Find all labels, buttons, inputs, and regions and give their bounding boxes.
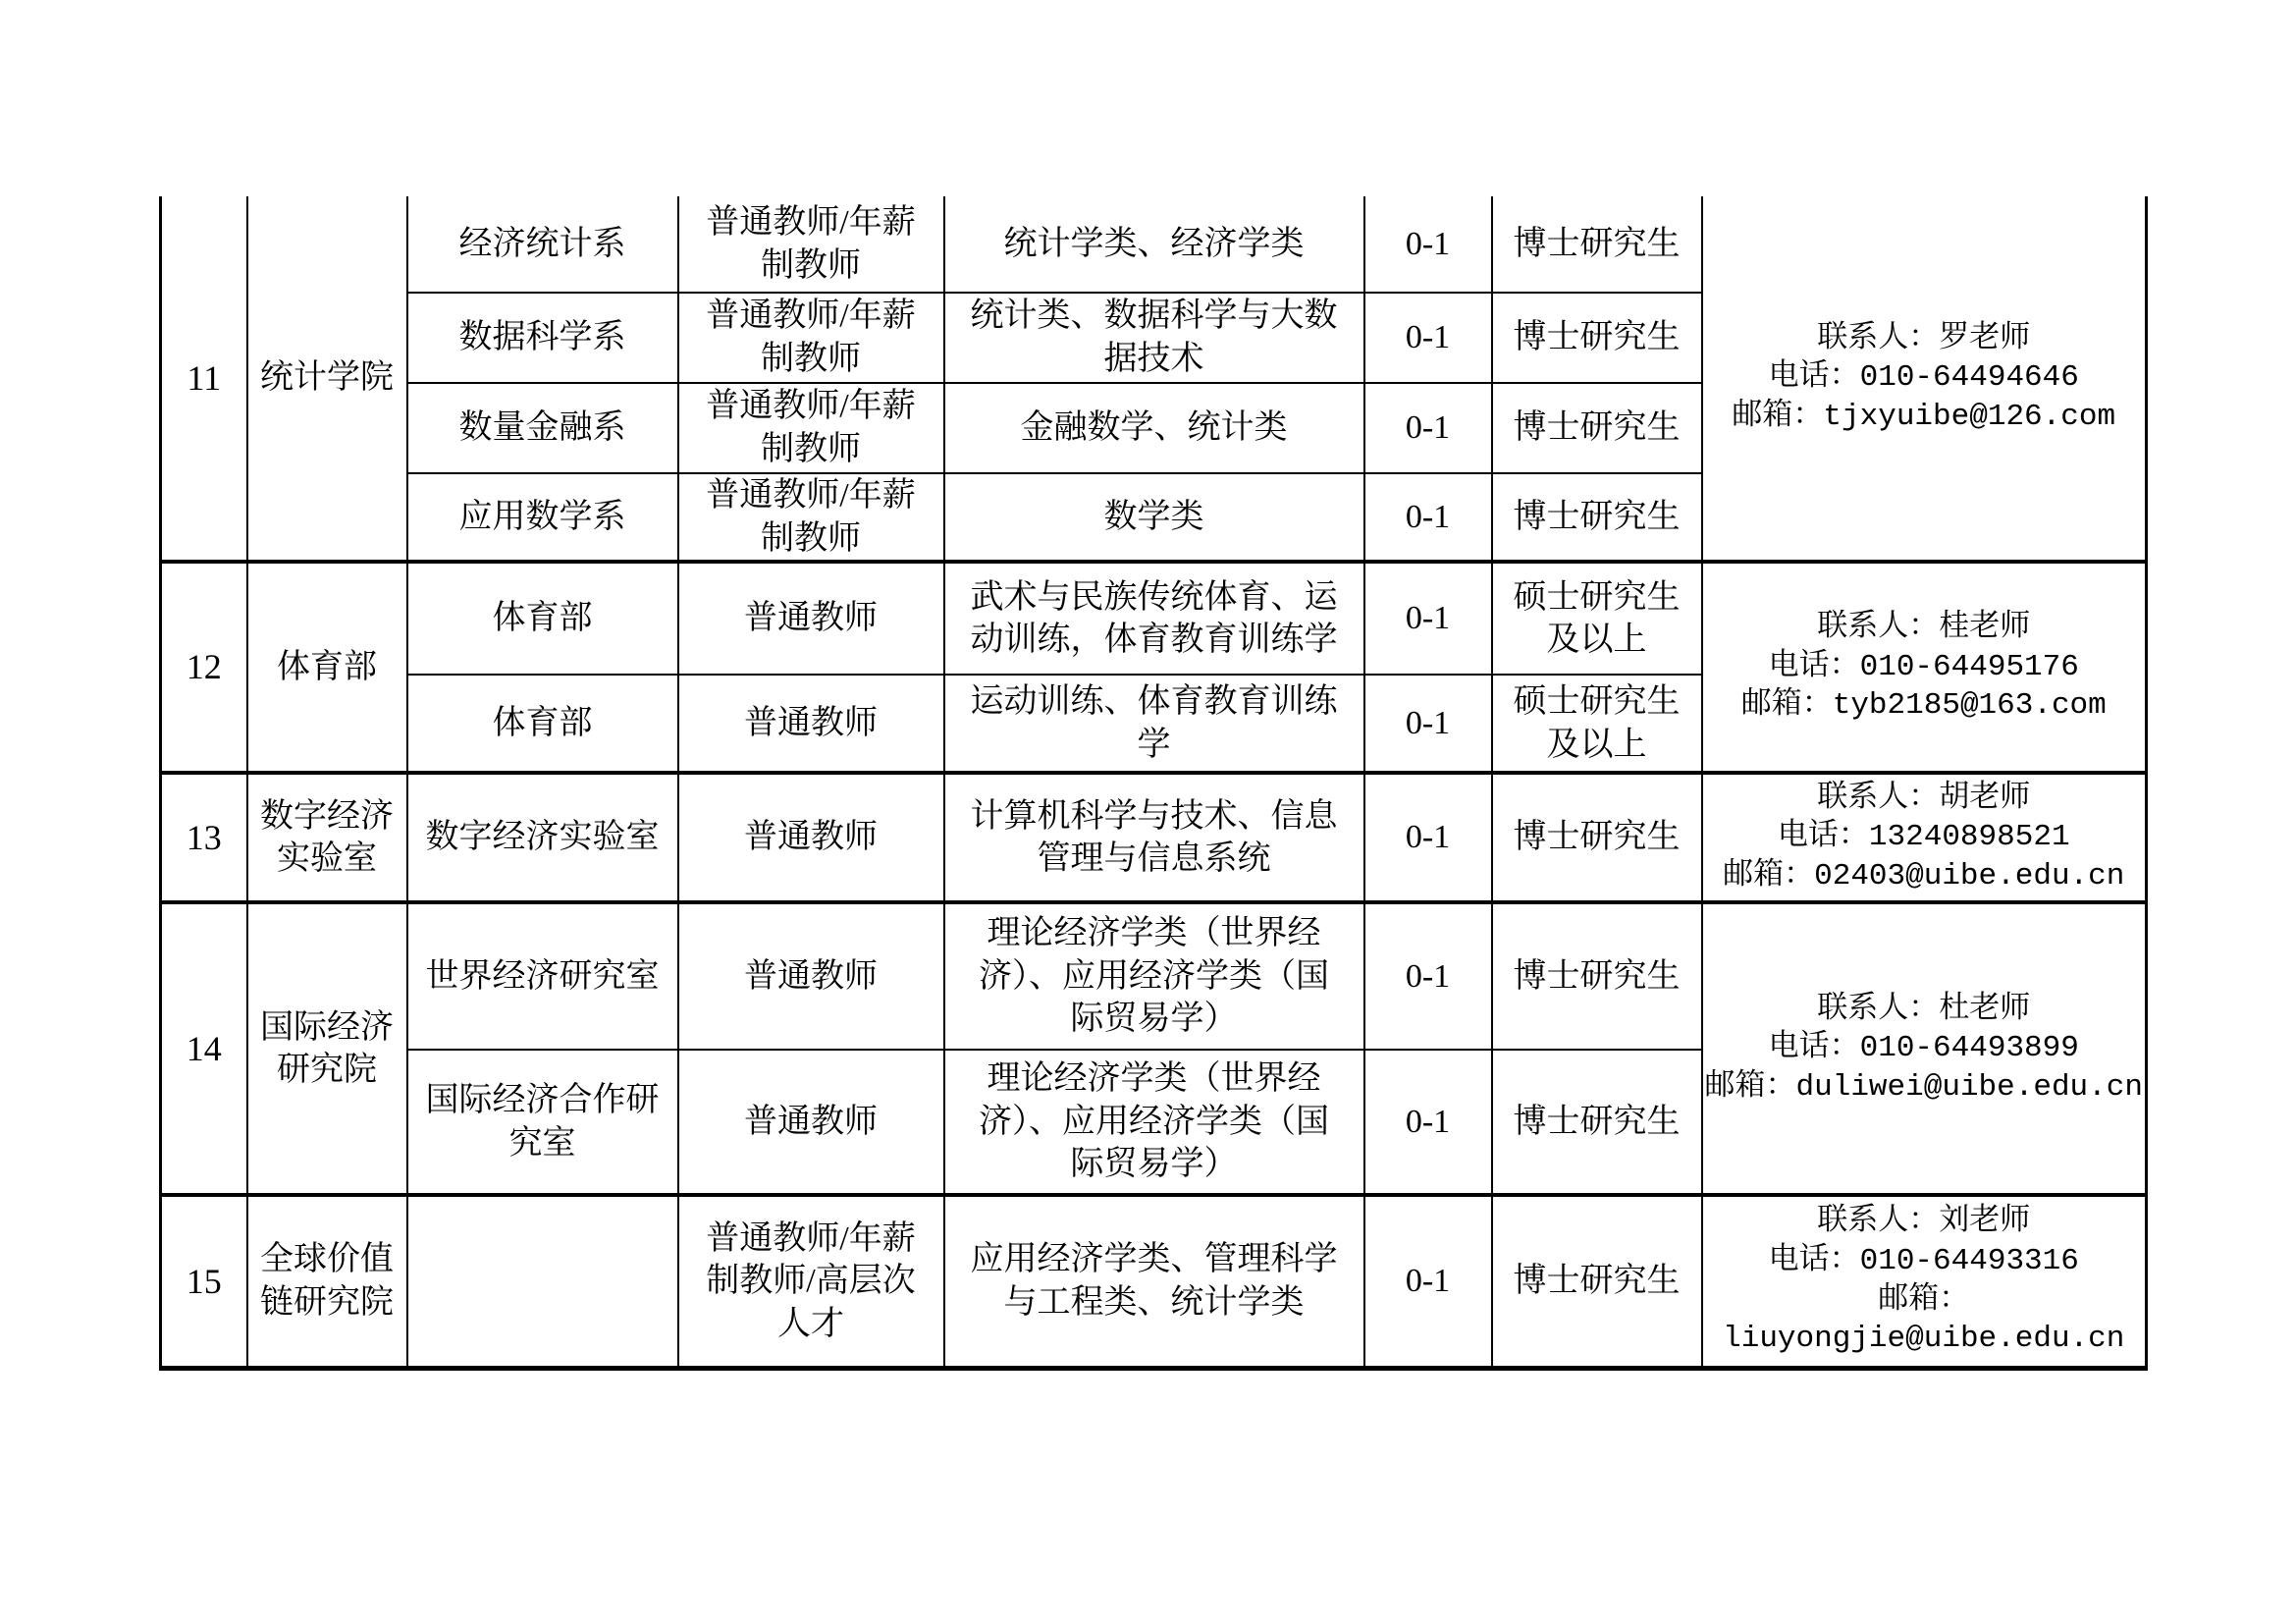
table-row: 13 数字经济 实验室 数字经济实验室 普通教师 计算机科学与技术、信息 管理与… [161,773,2147,902]
cell-degree: 博士研究生 [1492,383,1702,473]
cell-major: 运动训练、体育教育训练 学 [944,675,1364,773]
cell-dept: 数字经济 实验室 [247,773,407,902]
cell-section: 世界经济研究室 [407,902,678,1050]
cell-degree: 博士研究生 [1492,196,1702,293]
cell-group-no: 13 [161,773,247,902]
cell-major: 理论经济学类（世界经 济）、应用经济学类（国 际贸易学） [944,902,1364,1050]
table-row: 14 国际经济 研究院 世界经济研究室 普通教师 理论经济学类（世界经 济）、应… [161,902,2147,1050]
cell-degree: 硕士研究生 及以上 [1492,562,1702,675]
cell-degree: 博士研究生 [1492,902,1702,1050]
cell-contact: 联系人：刘老师 电话：010-64493316 邮箱： liuyongjie@u… [1702,1195,2147,1368]
cell-section: 应用数学系 [407,473,678,562]
cell-dept: 统计学院 [247,196,407,562]
cell-section [407,1195,678,1368]
document-page: 11 统计学院 经济统计系 普通教师/年薪 制教师 统计学类、经济学类 0-1 … [0,0,2296,1624]
cell-section: 数据科学系 [407,293,678,383]
cell-major: 理论经济学类（世界经 济）、应用经济学类（国 际贸易学） [944,1050,1364,1195]
cell-major: 数学类 [944,473,1364,562]
cell-count: 0-1 [1364,293,1492,383]
cell-count: 0-1 [1364,196,1492,293]
cell-contact: 联系人：罗老师 电话：010-64494646 邮箱：tjxyuibe@126.… [1702,196,2147,562]
cell-degree: 博士研究生 [1492,473,1702,562]
cell-major: 应用经济学类、管理科学 与工程类、统计学类 [944,1195,1364,1368]
cell-degree: 博士研究生 [1492,1050,1702,1195]
cell-group-no: 12 [161,562,247,773]
cell-position: 普通教师 [678,902,944,1050]
cell-contact: 联系人：杜老师 电话：010-64493899 邮箱：duliwei@uibe.… [1702,902,2147,1195]
cell-position: 普通教师/年薪 制教师 [678,473,944,562]
cell-section: 数量金融系 [407,383,678,473]
table-row: 11 统计学院 经济统计系 普通教师/年薪 制教师 统计学类、经济学类 0-1 … [161,196,2147,293]
recruitment-table: 11 统计学院 经济统计系 普通教师/年薪 制教师 统计学类、经济学类 0-1 … [159,196,2148,1371]
cell-count: 0-1 [1364,902,1492,1050]
cell-count: 0-1 [1364,675,1492,773]
cell-count: 0-1 [1364,562,1492,675]
cell-section: 经济统计系 [407,196,678,293]
cell-major: 统计类、数据科学与大数 据技术 [944,293,1364,383]
cell-position: 普通教师 [678,562,944,675]
cell-major: 计算机科学与技术、信息 管理与信息系统 [944,773,1364,902]
cell-dept: 全球价值 链研究院 [247,1195,407,1368]
cell-position: 普通教师/年薪 制教师 [678,196,944,293]
cell-major: 武术与民族传统体育、运 动训练，体育教育训练学 [944,562,1364,675]
cell-count: 0-1 [1364,473,1492,562]
cell-count: 0-1 [1364,383,1492,473]
cell-count: 0-1 [1364,1195,1492,1368]
cell-group-no: 15 [161,1195,247,1368]
cell-count: 0-1 [1364,773,1492,902]
cell-major: 统计学类、经济学类 [944,196,1364,293]
cell-position: 普通教师 [678,773,944,902]
table-row: 12 体育部 体育部 普通教师 武术与民族传统体育、运 动训练，体育教育训练学 … [161,562,2147,675]
cell-contact: 联系人：胡老师 电话：13240898521 邮箱：02403@uibe.edu… [1702,773,2147,902]
cell-count: 0-1 [1364,1050,1492,1195]
cell-dept: 国际经济 研究院 [247,902,407,1195]
cell-group-no: 11 [161,196,247,562]
cell-position: 普通教师/年薪 制教师 [678,293,944,383]
cell-degree: 硕士研究生 及以上 [1492,675,1702,773]
cell-position: 普通教师 [678,675,944,773]
cell-position: 普通教师 [678,1050,944,1195]
cell-degree: 博士研究生 [1492,1195,1702,1368]
cell-section: 体育部 [407,562,678,675]
cell-section: 数字经济实验室 [407,773,678,902]
cell-section: 国际经济合作研 究室 [407,1050,678,1195]
cell-position: 普通教师/年薪 制教师/高层次 人才 [678,1195,944,1368]
cell-group-no: 14 [161,902,247,1195]
cell-position: 普通教师/年薪 制教师 [678,383,944,473]
cell-major: 金融数学、统计类 [944,383,1364,473]
cell-dept: 体育部 [247,562,407,773]
cell-section: 体育部 [407,675,678,773]
table-row: 15 全球价值 链研究院 普通教师/年薪 制教师/高层次 人才 应用经济学类、管… [161,1195,2147,1368]
cell-contact: 联系人：桂老师 电话：010-64495176 邮箱：tyb2185@163.c… [1702,562,2147,773]
cell-degree: 博士研究生 [1492,773,1702,902]
cell-degree: 博士研究生 [1492,293,1702,383]
